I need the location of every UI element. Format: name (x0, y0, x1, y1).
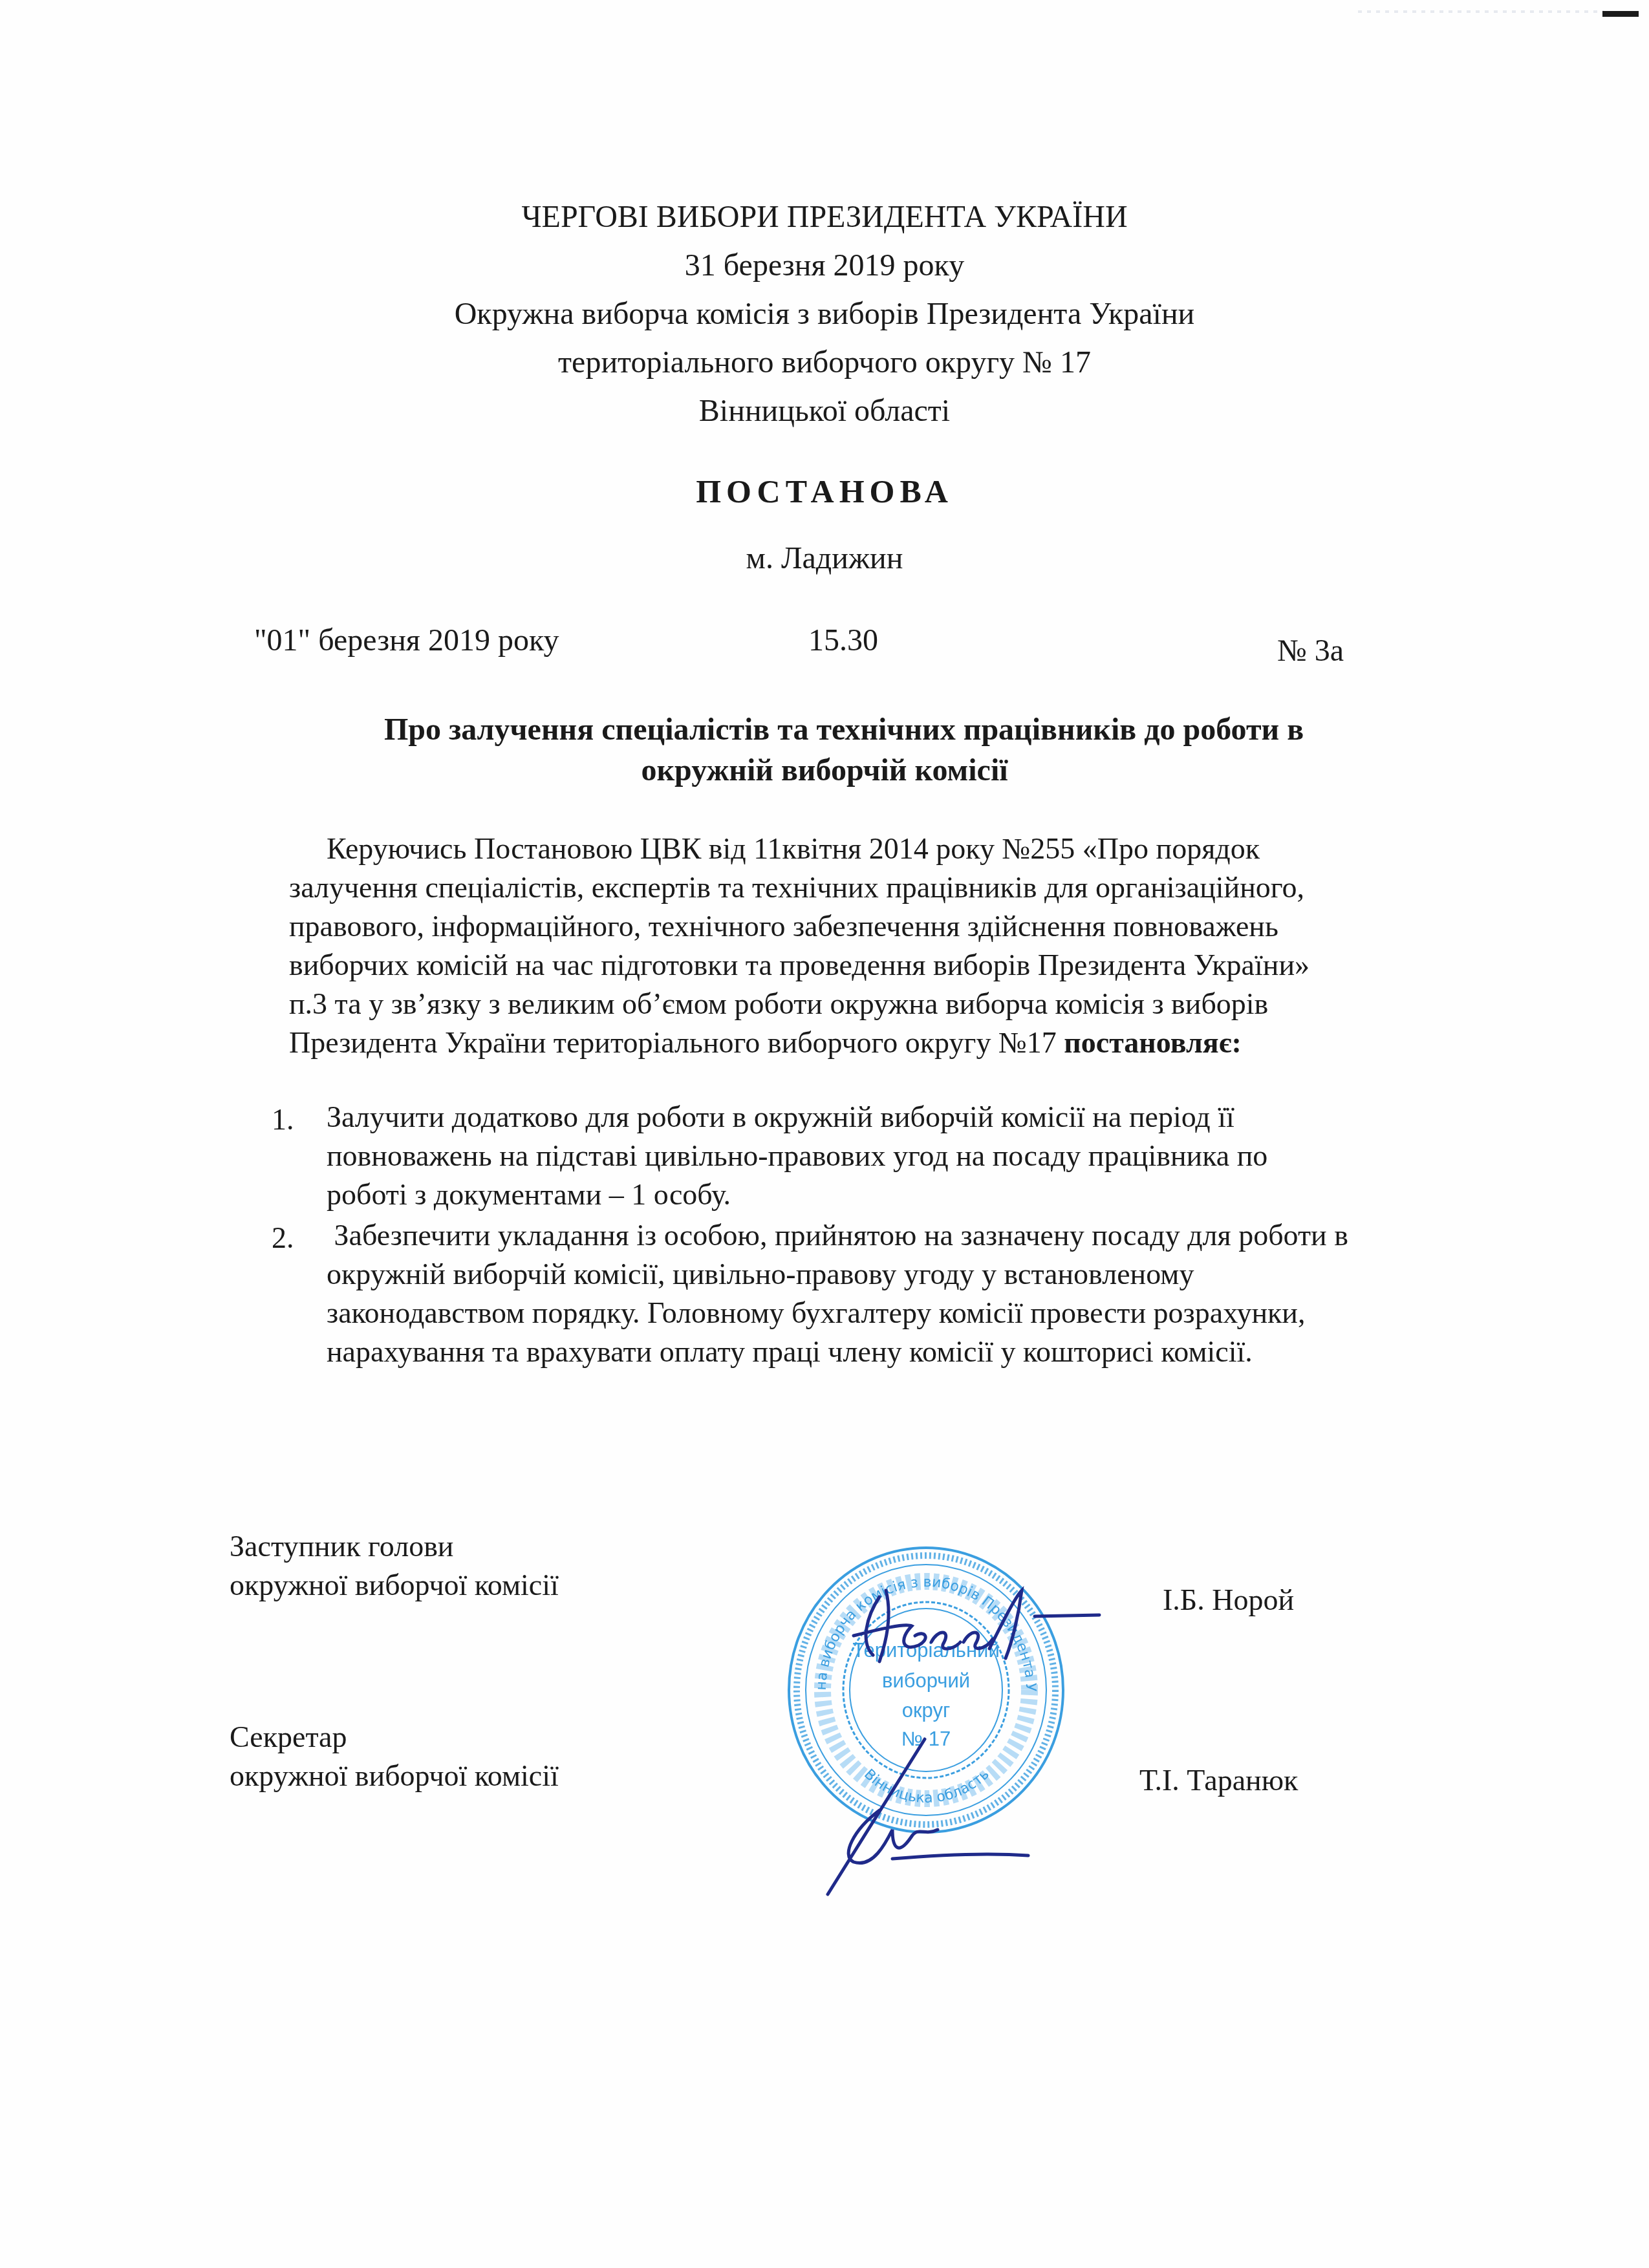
scan-artifact (1358, 10, 1604, 13)
preamble-line-5: п.3 та у зв’язку з великим об’ємом робот… (289, 989, 1268, 1019)
svg-text:округ: округ (902, 1699, 951, 1722)
signatory-1-name: І.Б. Норой (1163, 1583, 1294, 1617)
item-2-line-3: законодавством порядку. Головному бухгал… (327, 1298, 1305, 1328)
document-time: 15.30 (808, 625, 878, 656)
district-number: територіального виборчого округу № 17 (0, 347, 1649, 378)
decision-word: постановляє: (1064, 1026, 1242, 1059)
item-1-line-3: роботі з документами – 1 особу. (327, 1180, 731, 1210)
item-1-line-2: повноважень на підставі цивільно-правови… (327, 1141, 1267, 1171)
signature-1-icon (841, 1578, 1112, 1668)
signatory-2-name: Т.І. Таранюк (1139, 1763, 1298, 1797)
signatory-2-position-line-2: окружної виборчої комісії (230, 1759, 559, 1793)
signatory-1-position-line-1: Заступник голови (230, 1529, 453, 1563)
signatory-1-position-line-2: окружної виборчої комісії (230, 1568, 559, 1602)
commission-name: Окружна виборча комісія з виборів Презид… (0, 299, 1649, 330)
signature-2-icon (815, 1733, 1035, 1901)
subject-line-1: Про залучення спеціалістів та технічних … (0, 714, 1649, 745)
item-2-line-4: нарахування та врахувати оплату праці чл… (327, 1337, 1253, 1367)
svg-text:виборчий: виборчий (882, 1669, 970, 1692)
scan-edge-mark (1602, 11, 1639, 17)
preamble-line-2: залучення спеціалістів, експертів та тех… (289, 873, 1304, 903)
preamble-line-6: Президента України територіального вибор… (289, 1028, 1242, 1058)
subject-line-2: окружній виборчій комісії (0, 755, 1649, 786)
signatory-2-position-line-1: Секретар (230, 1720, 347, 1754)
item-1-line-1: Залучити додатково для роботи в окружній… (327, 1102, 1234, 1132)
preamble-line-3: правового, інформаційного, технічного за… (289, 912, 1278, 941)
election-date: 31 березня 2019 року (0, 250, 1649, 281)
item-2-line-2: окружній виборчій комісії, цивільно-прав… (327, 1259, 1194, 1289)
item-2-number: 2. (272, 1221, 294, 1255)
item-2-line-1: Забезпечити укладання із особою, прийнят… (327, 1221, 1348, 1250)
preamble-line-4: виборчих комісій на час підготовки та пр… (289, 950, 1309, 980)
city: м. Ладижин (0, 543, 1649, 574)
document-page: ЧЕРГОВІ ВИБОРИ ПРЕЗИДЕНТА УКРАЇНИ 31 бер… (0, 0, 1649, 2268)
document-number: № 3а (1277, 636, 1344, 667)
preamble-line-1: Керуючись Постановою ЦВК від 11квітня 20… (327, 834, 1260, 864)
item-1-number: 1. (272, 1102, 294, 1137)
region-name: Вінницької області (0, 396, 1649, 427)
document-date: "01" березня 2019 року (254, 625, 559, 656)
preamble-line-6-text: Президента України територіального вибор… (289, 1026, 1064, 1059)
document-title: ПОСТАНОВА (0, 475, 1649, 508)
election-title: ЧЕРГОВІ ВИБОРИ ПРЕЗИДЕНТА УКРАЇНИ (0, 202, 1649, 233)
